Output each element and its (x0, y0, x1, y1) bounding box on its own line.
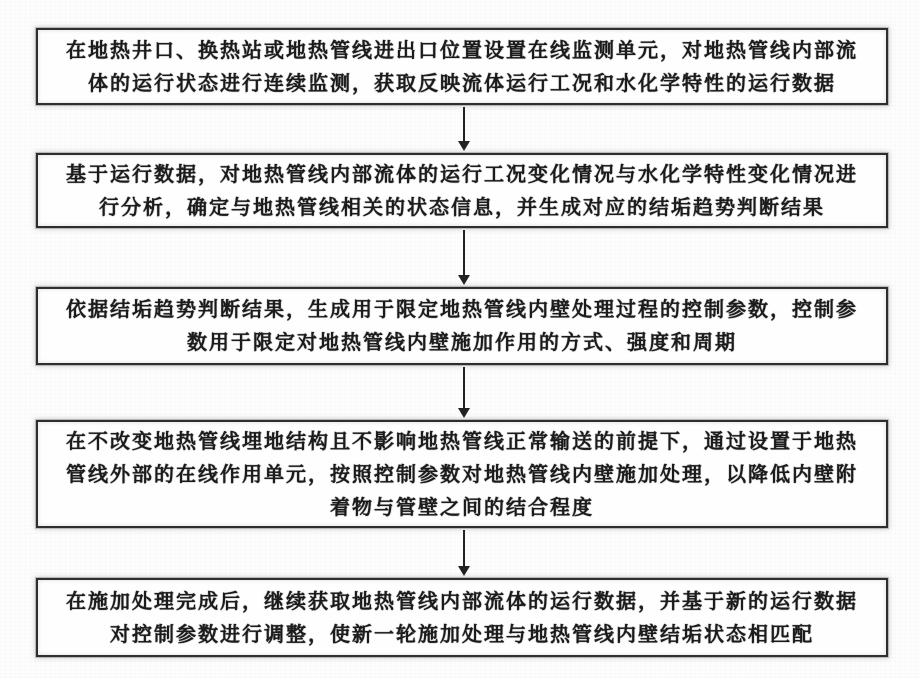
flow-step-5: 在施加处理完成后，继续获取地热管线内部流体的运行数据，并基于新的运行数据 对控制… (36, 578, 888, 657)
flow-step-4: 在不改变地热管线埋地结构且不影响地热管线正常输送的前提下，通过设置于地热 管线外… (36, 420, 888, 528)
flow-step-2: 基于运行数据，对地热管线内部流体的运行工况变化情况与水化学特性变化情况进 行分析… (36, 153, 888, 228)
step-3-text-line-2: 数用于限定对地热管线内壁施加作用的方式、强度和周期 (187, 326, 737, 359)
arrow-down-icon (458, 408, 470, 418)
step-4-text-line-1: 在不改变地热管线埋地结构且不影响地热管线正常输送的前提下，通过设置于地热 (66, 425, 858, 458)
flow-step-1: 在地热井口、换热站或地热管线进出口位置设置在线监测单元，对地热管线内部流 体的运… (36, 28, 888, 105)
arrow-down-icon (458, 141, 470, 151)
step-1-text-line-2: 体的运行状态进行连续监测，获取反映流体运行工况和水化学特性的运行数据 (88, 67, 836, 100)
step-1-text-line-1: 在地热井口、换热站或地热管线进出口位置设置在线监测单元，对地热管线内部流 (66, 34, 858, 67)
flow-arrow-3 (458, 367, 470, 418)
step-3-text-line-1: 依据结垢趋势判断结果，生成用于限定地热管线内壁处理过程的控制参数，控制参 (66, 293, 858, 326)
arrow-shaft (463, 367, 465, 408)
arrow-shaft (463, 230, 465, 275)
flowchart-canvas: 在地热井口、换热站或地热管线进出口位置设置在线监测单元，对地热管线内部流 体的运… (0, 0, 920, 678)
step-5-text-line-1: 在施加处理完成后，继续获取地热管线内部流体的运行数据，并基于新的运行数据 (66, 585, 858, 618)
arrow-down-icon (458, 566, 470, 576)
arrow-shaft (463, 107, 465, 141)
step-2-text-line-2: 行分析，确定与地热管线相关的状态信息，并生成对应的结垢趋势判断结果 (99, 191, 825, 224)
flow-arrow-2 (458, 230, 470, 285)
flow-arrow-4 (458, 530, 470, 576)
step-2-text-line-1: 基于运行数据，对地热管线内部流体的运行工况变化情况与水化学特性变化情况进 (66, 158, 858, 191)
step-4-text-line-3: 着物与管壁之间的结合程度 (330, 491, 594, 524)
flow-arrow-1 (458, 107, 470, 151)
step-4-text-line-2: 管线外部的在线作用单元，按照控制参数对地热管线内壁施加处理，以降低内壁附 (66, 458, 858, 491)
arrow-down-icon (458, 275, 470, 285)
step-5-text-line-2: 对控制参数进行调整，使新一轮施加处理与地热管线内壁结垢状态相匹配 (110, 618, 814, 651)
arrow-shaft (463, 530, 465, 566)
flow-step-3: 依据结垢趋势判断结果，生成用于限定地热管线内壁处理过程的控制参数，控制参 数用于… (36, 287, 888, 365)
